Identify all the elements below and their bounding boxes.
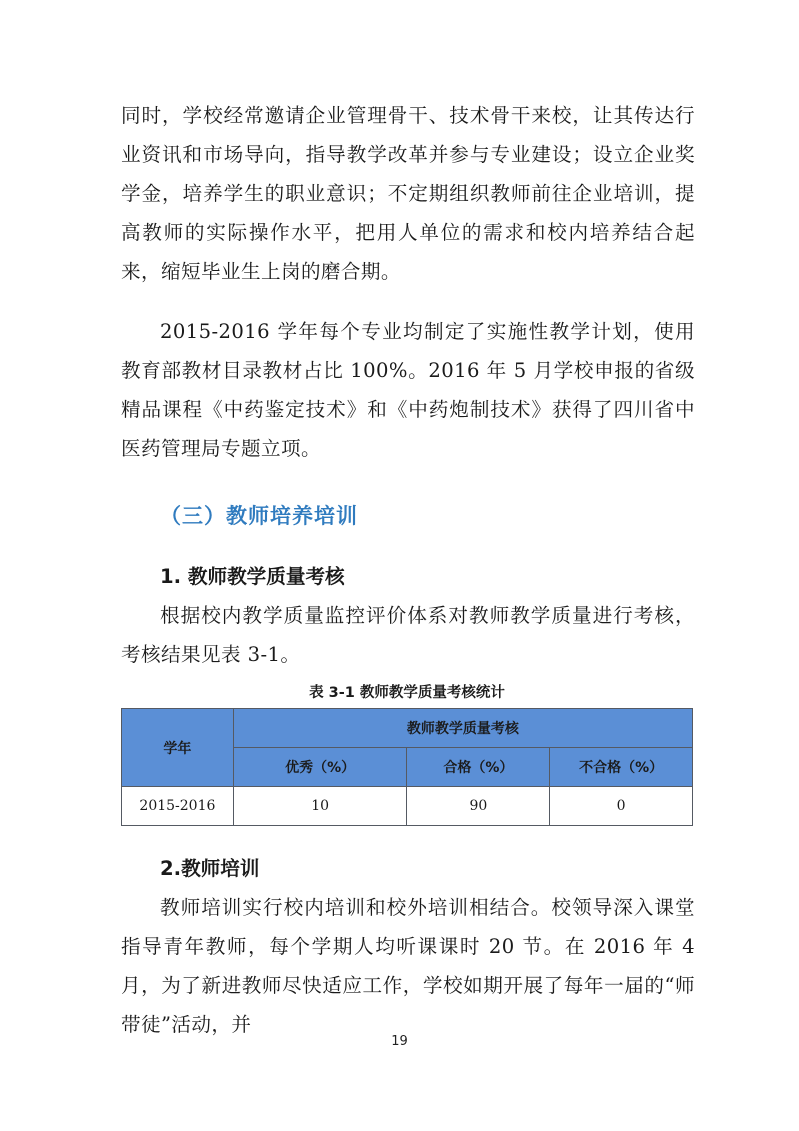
header-year: 学年: [122, 709, 234, 787]
table-caption: 表 3-1 教师教学质量考核统计: [121, 681, 693, 702]
cell-excellent: 10: [233, 787, 407, 826]
paragraph-teaching-plan: 2015-2016 学年每个专业均制定了实施性教学计划，使用教育部教材目录教材占…: [121, 312, 695, 468]
table-row: 2015-2016 10 90 0: [122, 787, 693, 826]
table-header-row: 学年 教师教学质量考核: [122, 709, 693, 748]
cell-fail: 0: [550, 787, 693, 826]
paragraph-enterprise-cooperation: 同时，学校经常邀请企业管理骨干、技术骨干来校，让其传达行业资讯和市场导向，指导教…: [121, 96, 695, 291]
quality-assessment-table: 学年 教师教学质量考核 优秀（%） 合格（%） 不合格（%） 2015-2016…: [121, 708, 693, 826]
paragraph-assessment-intro: 根据校内教学质量监控评价体系对教师教学质量进行考核，考核结果见表 3-1。: [121, 596, 695, 674]
subheading-teacher-training: 2.教师培训: [160, 852, 259, 881]
cell-pass: 90: [407, 787, 550, 826]
header-fail: 不合格（%）: [550, 748, 693, 787]
header-group: 教师教学质量考核: [233, 709, 692, 748]
section-heading: （三）教师培养培训: [160, 500, 358, 530]
header-excellent: 优秀（%）: [233, 748, 407, 787]
paragraph-teacher-training: 教师培训实行校内培训和校外培训相结合。校领导深入课堂指导青年教师，每个学期人均听…: [121, 888, 695, 1044]
page-number: 19: [0, 1034, 799, 1049]
cell-year: 2015-2016: [122, 787, 234, 826]
subheading-quality-assessment: 1. 教师教学质量考核: [160, 560, 345, 589]
header-pass: 合格（%）: [407, 748, 550, 787]
document-page: 同时，学校经常邀请企业管理骨干、技术骨干来校，让其传达行业资讯和市场导向，指导教…: [0, 0, 799, 1131]
